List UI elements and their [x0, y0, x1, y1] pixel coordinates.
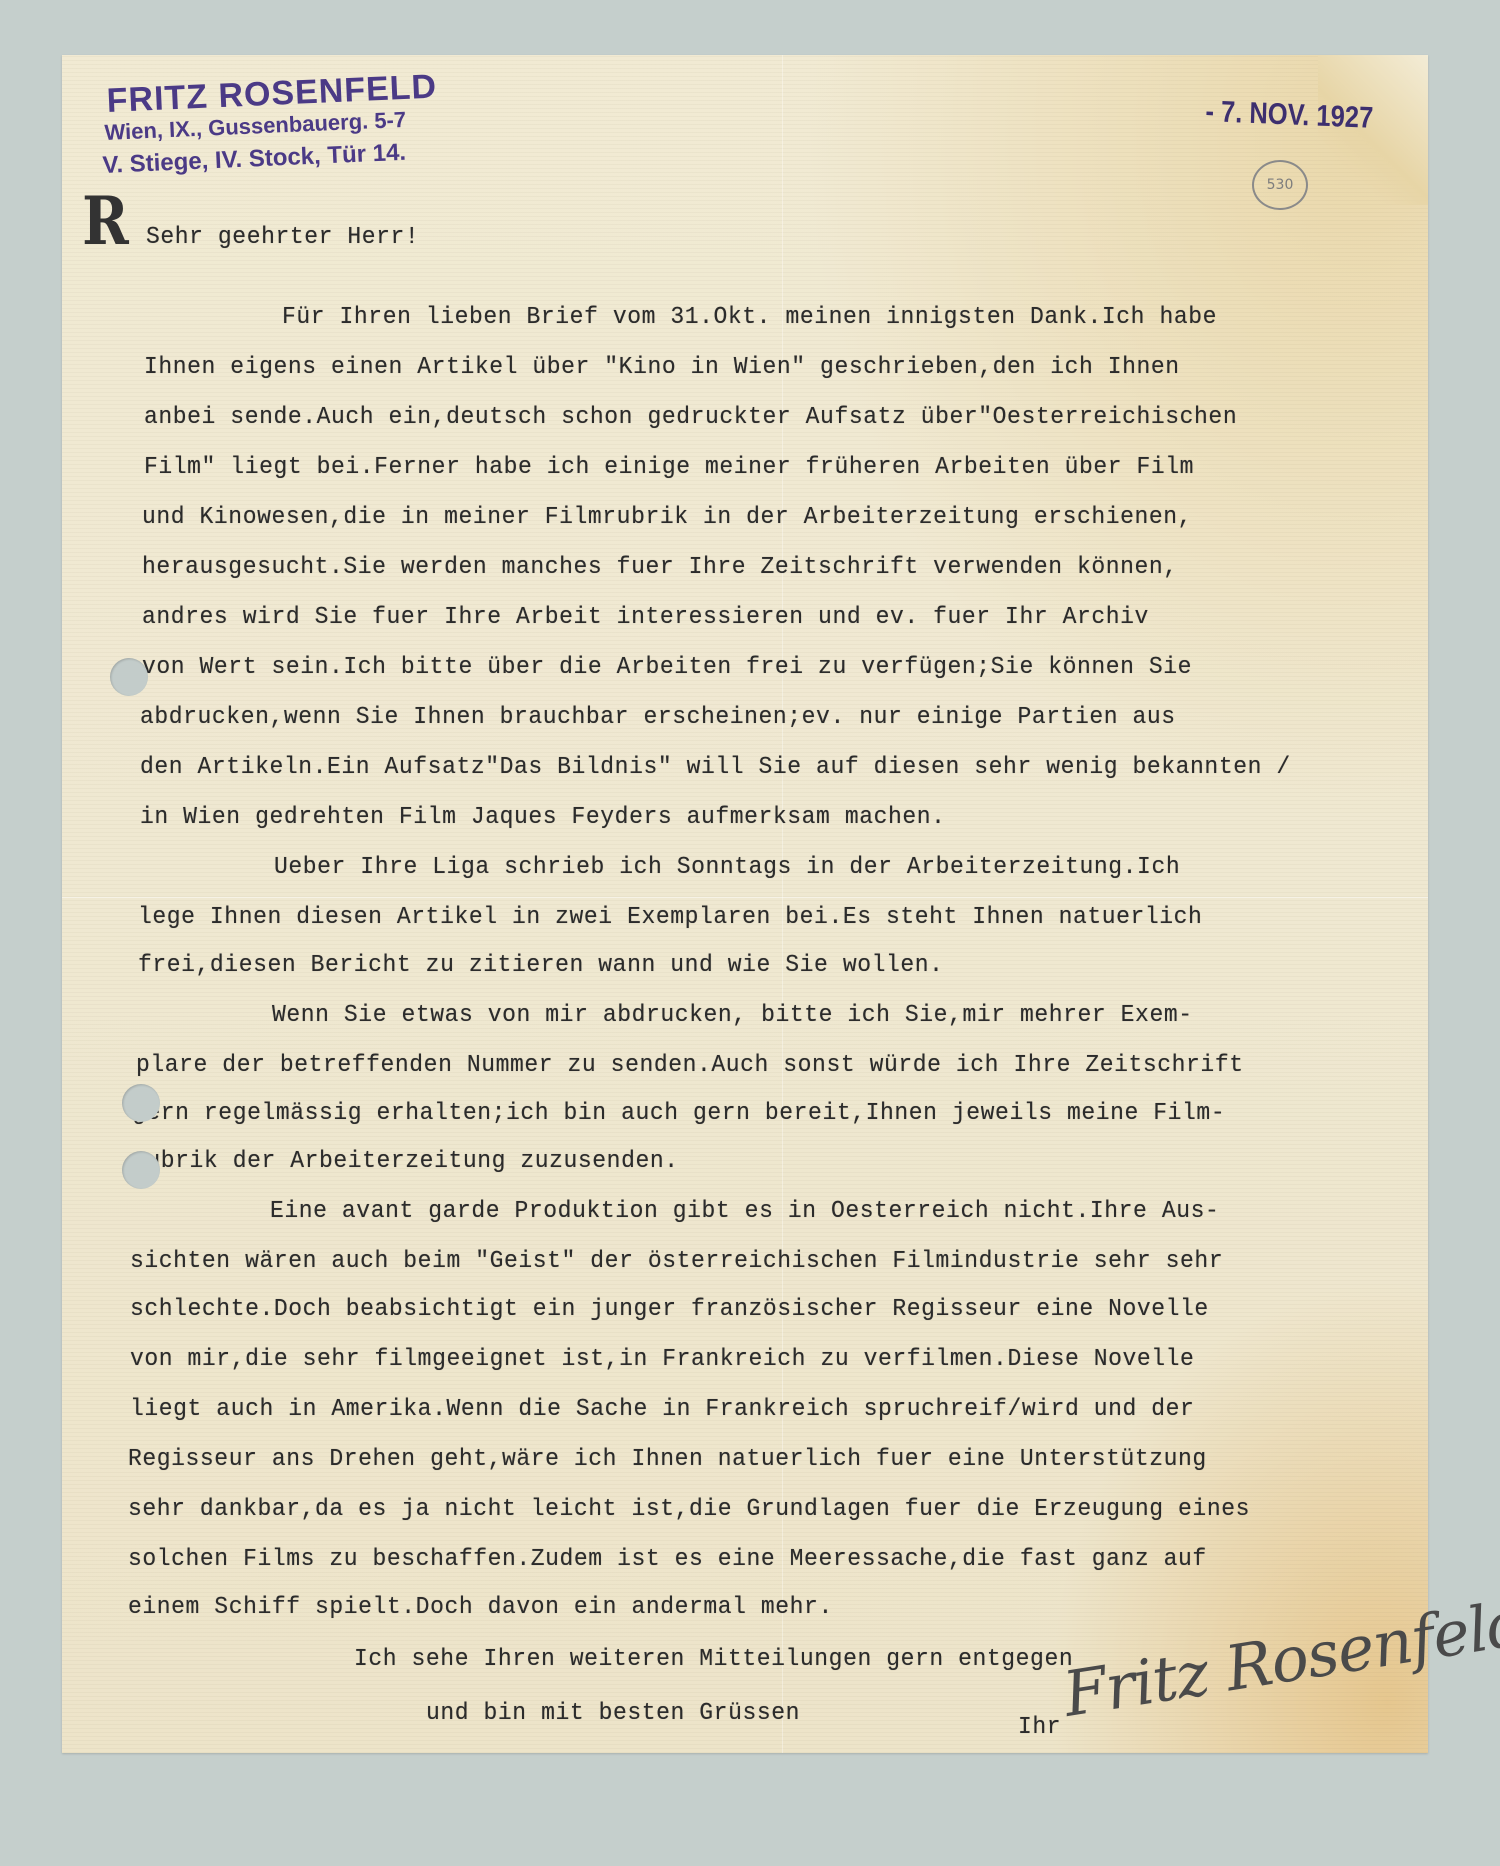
body-line: sehr dankbar,da es ja nicht leicht ist,d…	[128, 1498, 1250, 1523]
body-line: frei,diesen Bericht zu zitieren wann und…	[138, 954, 944, 979]
handwritten-initial-mark: R	[82, 182, 129, 260]
body-line: Für Ihren lieben Brief vom 31.Okt. meine…	[282, 306, 1217, 331]
body-line: andres wird Sie fuer Ihre Arbeit interes…	[142, 606, 1149, 631]
body-line: Regisseur ans Drehen geht,wäre ich Ihnen…	[128, 1448, 1207, 1473]
body-line: schlechte.Doch beabsichtigt ein junger f…	[130, 1298, 1209, 1323]
body-line: rubrik der Arbeiterzeitung zuzusenden.	[132, 1150, 679, 1175]
body-line: Eine avant garde Produktion gibt es in O…	[270, 1200, 1219, 1225]
body-line: von mir,die sehr filmgeeignet ist,in Fra…	[130, 1348, 1194, 1373]
archive-number-circle: 530	[1252, 160, 1308, 210]
closing-greeting: und bin mit besten Grüssen	[426, 1702, 800, 1727]
body-line: sichten wären auch beim "Geist" der öste…	[130, 1250, 1223, 1275]
body-line: solchen Films zu beschaffen.Zudem ist es…	[128, 1548, 1207, 1573]
closing-line: Ich sehe Ihren weiteren Mitteilungen ger…	[354, 1648, 1073, 1673]
body-line: abdrucken,wenn Sie Ihnen brauchbar ersch…	[140, 706, 1176, 731]
body-line: plare der betreffenden Nummer zu senden.…	[136, 1054, 1244, 1079]
punch-hole	[122, 1084, 160, 1122]
punch-hole	[122, 1151, 160, 1189]
body-line: Ihnen eigens einen Artikel über "Kino in…	[144, 356, 1180, 381]
body-line: den Artikeln.Ein Aufsatz"Das Bildnis" wi…	[140, 756, 1291, 781]
closing-ihr-word: Ihr	[1018, 1716, 1061, 1741]
salutation: Sehr geehrter Herr!	[146, 226, 419, 251]
horizontal-fold-crease	[62, 897, 1428, 898]
body-line: Wenn Sie etwas von mir abdrucken, bitte …	[272, 1004, 1193, 1029]
body-line: Film" liegt bei.Ferner habe ich einige m…	[144, 456, 1194, 481]
body-line: Ueber Ihre Liga schrieb ich Sonntags in …	[274, 856, 1180, 881]
body-line: anbei sende.Auch ein,deutsch schon gedru…	[144, 406, 1237, 431]
body-line: von Wert sein.Ich bitte über die Arbeite…	[142, 656, 1192, 681]
punch-hole	[110, 658, 148, 696]
body-line: liegt auch in Amerika.Wenn die Sache in …	[130, 1398, 1194, 1423]
body-line: gern regelmässig erhalten;ich bin auch g…	[132, 1102, 1225, 1127]
body-line: einem Schiff spielt.Doch davon ein ander…	[128, 1596, 833, 1621]
body-line: herausgesucht.Sie werden manches fuer Ih…	[142, 556, 1178, 581]
body-line: in Wien gedrehten Film Jaques Feyders au…	[140, 806, 946, 831]
body-line: lege Ihnen diesen Artikel in zwei Exempl…	[138, 906, 1202, 931]
body-line: und Kinowesen,die in meiner Filmrubrik i…	[142, 506, 1192, 531]
archive-number: 530	[1267, 177, 1294, 193]
date-stamp: - 7. NOV. 1927	[1205, 95, 1374, 136]
